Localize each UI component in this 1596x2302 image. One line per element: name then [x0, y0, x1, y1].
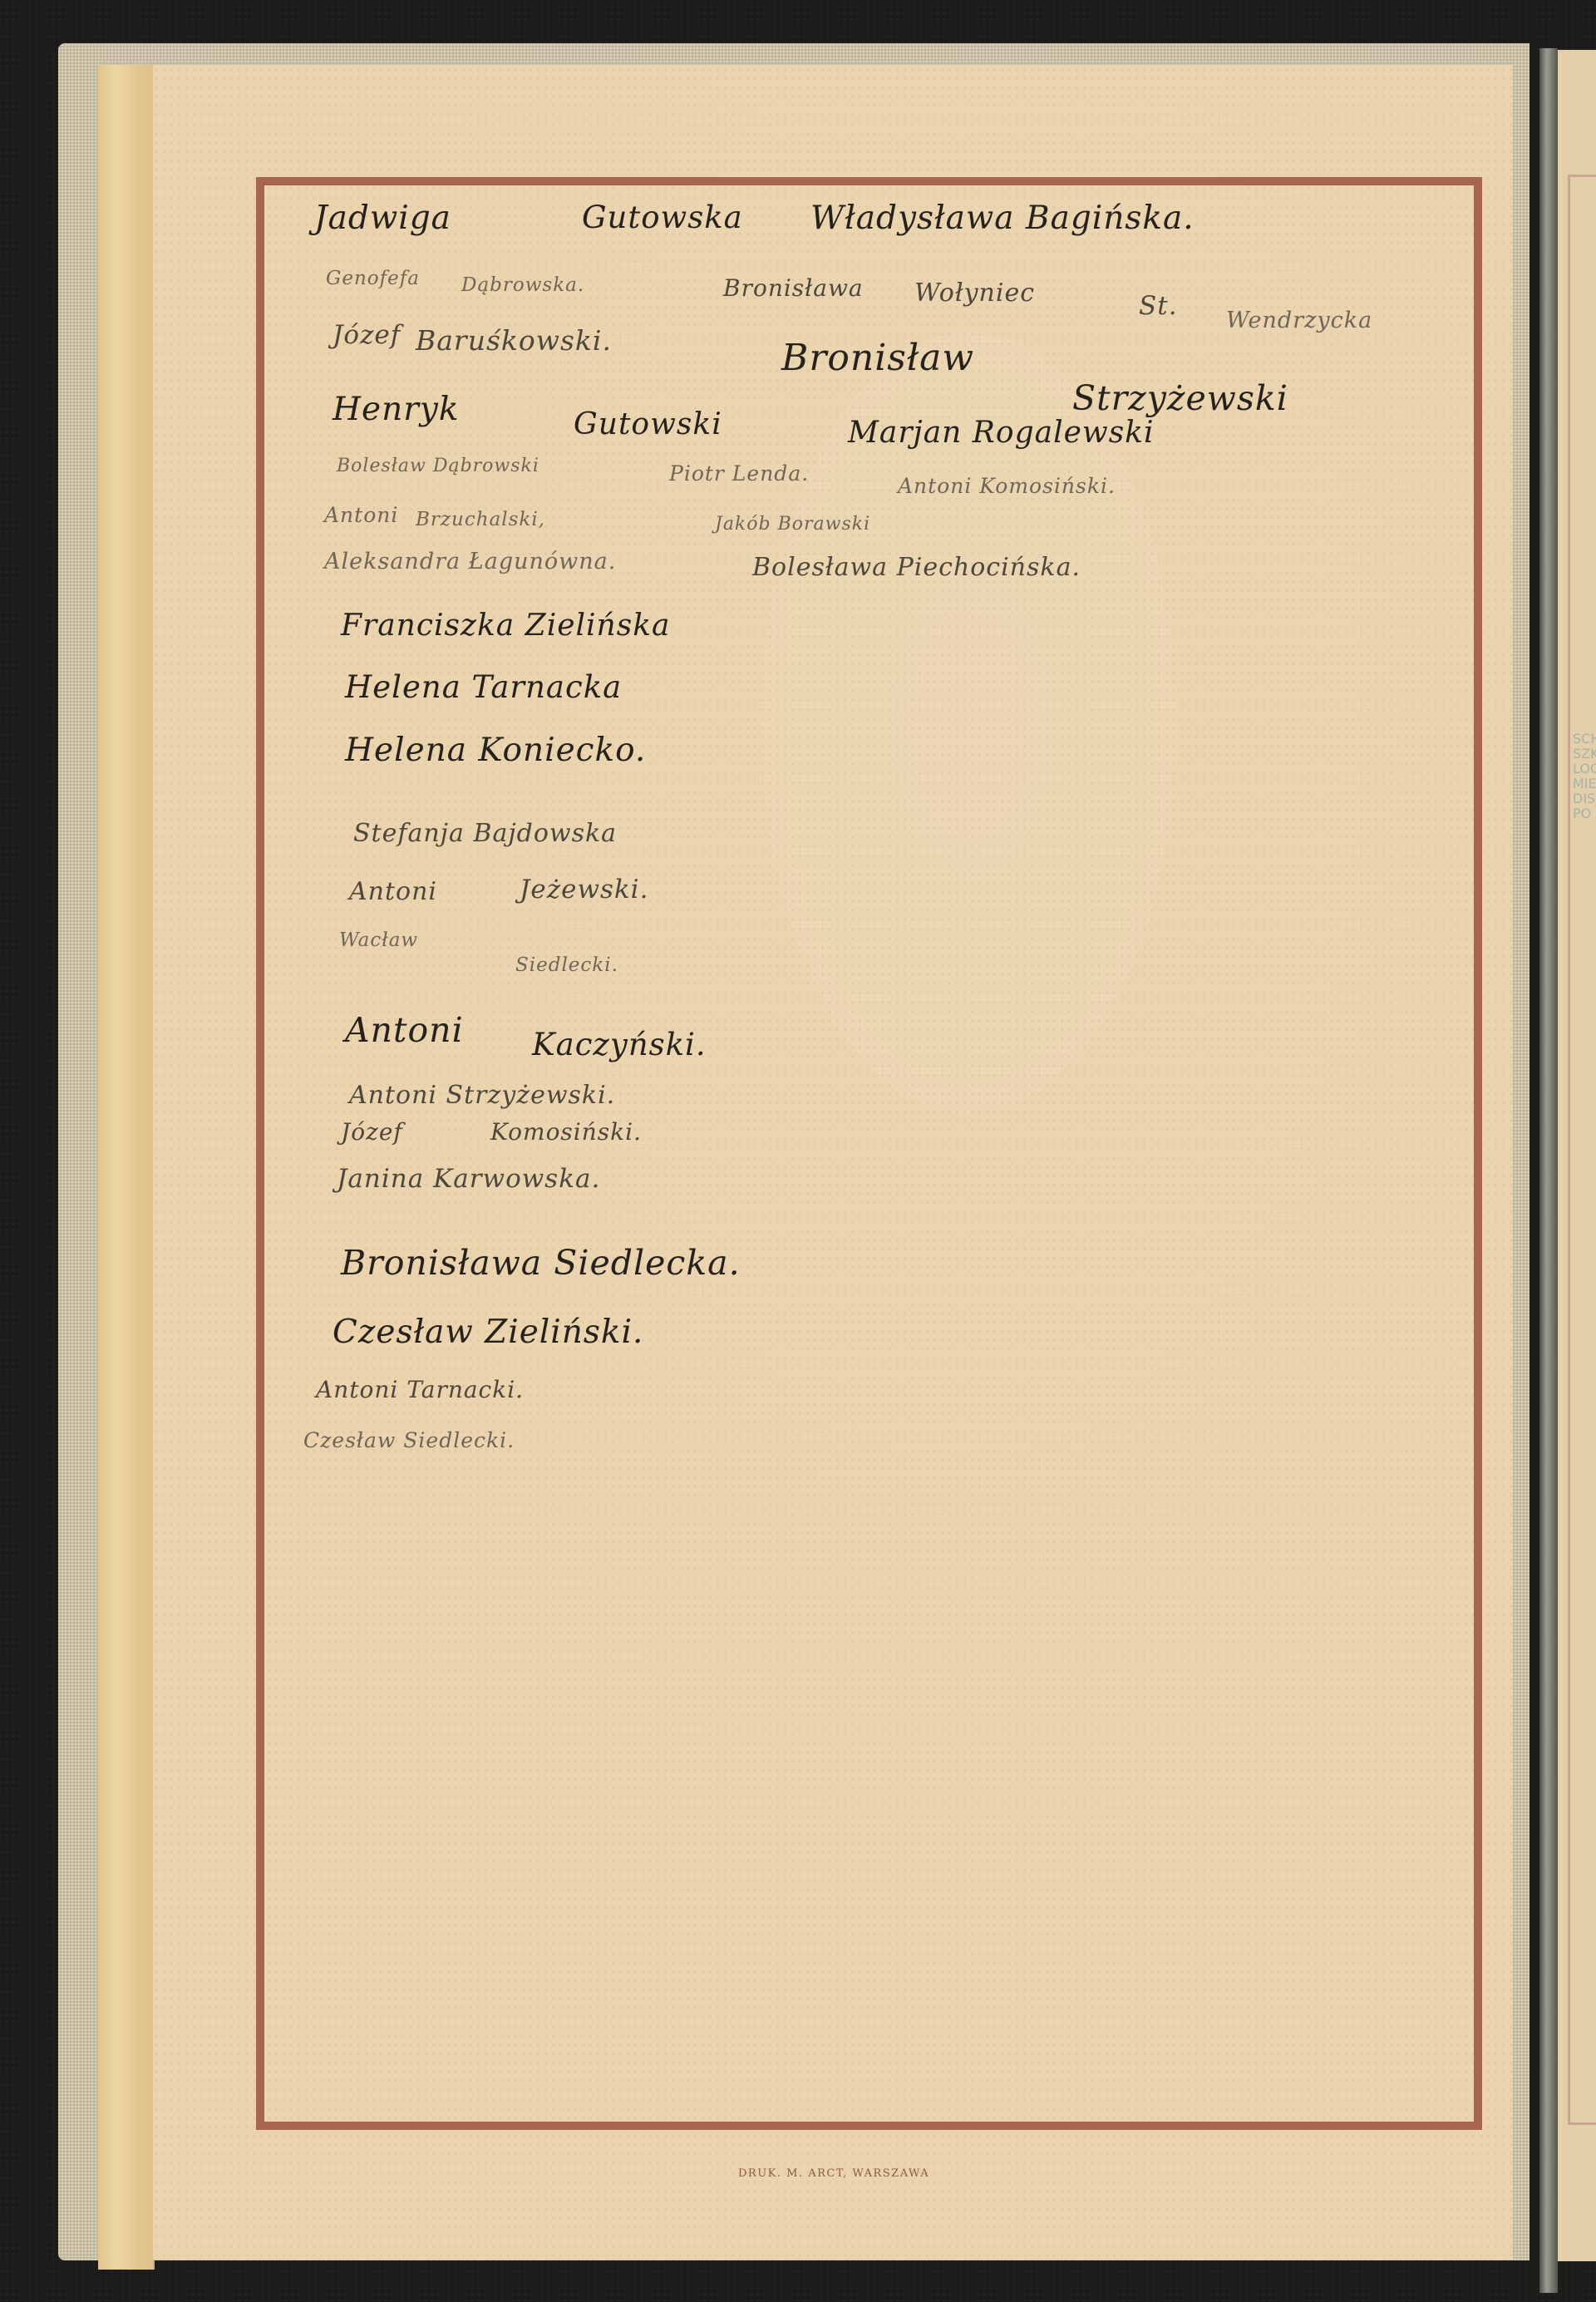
adjacent-page-text: SCHSZKLOCMIEDISPO: [1573, 732, 1596, 821]
signature: Wendrzycka: [1226, 308, 1372, 333]
signature: Piotr Lenda.: [669, 461, 809, 486]
signature: Bolesława Piechocińska.: [752, 553, 1081, 582]
signature: Wołyniec: [914, 279, 1035, 308]
signature: Janina Karwowska.: [337, 1164, 600, 1194]
signature: Helena Tarnacka: [345, 669, 622, 705]
signature: Czesław Zieliński.: [332, 1314, 643, 1351]
signature: Siedlecki.: [515, 954, 618, 976]
signature: Antoni Strzyżewski.: [349, 1081, 615, 1110]
signature: Józef: [332, 320, 401, 350]
signature: Kaczyński.: [532, 1027, 707, 1062]
signature: Dąbrowska.: [461, 274, 584, 296]
signature: Bolesław Dąbrowski: [337, 456, 539, 476]
adjacent-page-ghost-line: MIE: [1573, 776, 1596, 791]
book-gutter: [1539, 48, 1558, 2293]
adjacent-page-ghost-line: SZK: [1573, 747, 1596, 762]
signature: Gutowski: [574, 407, 722, 441]
signature: Komosiński.: [490, 1118, 642, 1146]
adjacent-page-ghost-line: DIS: [1573, 791, 1596, 806]
signature: Gutowska: [582, 200, 743, 235]
signature: Jeżewski.: [520, 875, 648, 905]
signature: Bronisław: [781, 337, 974, 379]
adjacent-page-ghost-line: LOC: [1573, 762, 1596, 776]
signature: Baruśkowski.: [416, 324, 612, 357]
signature: Józef: [341, 1118, 403, 1146]
signature: Czesław Siedlecki.: [303, 1428, 515, 1452]
signature: Bronisława Siedlecka.: [341, 1243, 741, 1283]
signature: Antoni Komosiński.: [898, 474, 1116, 498]
adjacent-page: SCHSZKLOCMIEDISPO: [1558, 50, 1596, 2261]
signature: Jadwiga: [314, 200, 451, 237]
signature: Antoni Tarnacki.: [316, 1376, 524, 1403]
signature: Stefanja Bajdowska: [353, 819, 617, 848]
signature: Brzuchalski,: [416, 509, 545, 530]
signature: Bronisława: [723, 274, 864, 302]
adjacent-page-ghost-line: PO: [1573, 806, 1596, 821]
signature: Henryk: [332, 391, 460, 428]
printer-imprint-text: DRUK. M. ARCT, WARSZAWA: [738, 2167, 929, 2180]
signature: Strzyżewski: [1072, 378, 1288, 418]
signature: Władysława Bagińska.: [810, 200, 1195, 237]
page-edges: [98, 65, 155, 2270]
signature: Aleksandra Łagunówna.: [324, 549, 616, 574]
signature: Helena Koniecko.: [345, 732, 646, 769]
adjacent-page-ghost-line: SCH: [1573, 732, 1596, 747]
signature: Genofefa: [326, 268, 420, 289]
signature: Antoni: [324, 503, 398, 527]
signature: Antoni: [349, 877, 437, 906]
signature: St.: [1139, 291, 1178, 321]
signature: Antoni: [345, 1010, 464, 1050]
adjacent-page-frame: [1568, 175, 1596, 2125]
signature: Franciszka Zielińska: [341, 609, 670, 643]
signature: Marjan Rogalewski: [848, 416, 1155, 450]
signature: Wacław: [339, 929, 418, 951]
signature: Jakób Borawski: [715, 514, 870, 535]
